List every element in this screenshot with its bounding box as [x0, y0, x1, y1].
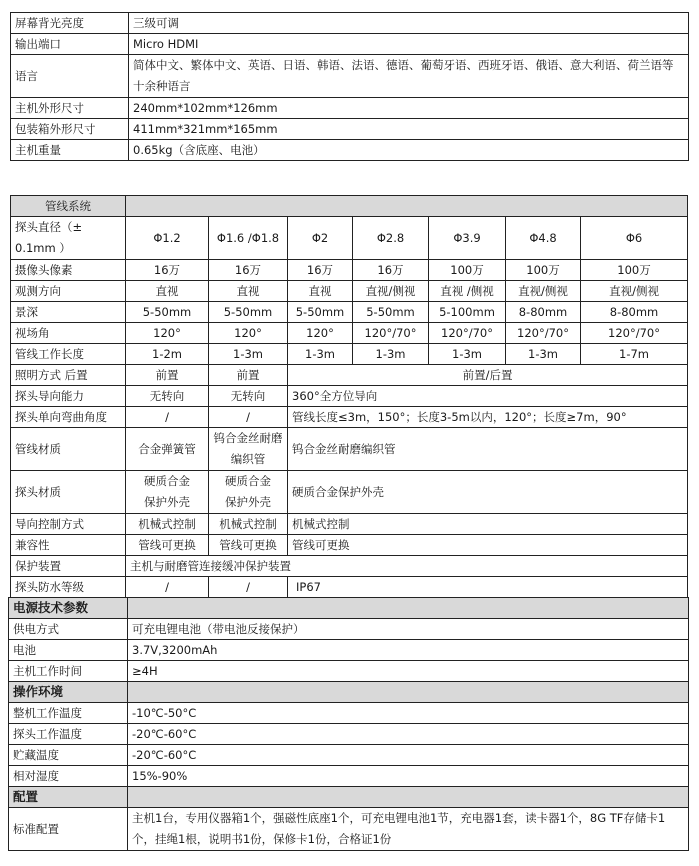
section-header-fill — [128, 682, 689, 703]
diameter-label: 探头直径（± 0.1mm ） — [11, 217, 126, 260]
cell: 管线可更换 — [126, 535, 209, 556]
cell: 120° — [209, 323, 288, 344]
row-label: 观测方向 — [11, 281, 126, 302]
cell: 直视/侧视 — [353, 281, 429, 302]
table-row: 标准配置 主机1台，专用仪器箱1个，强磁性底座1个，可充电锂电池1节，充电器1套… — [9, 808, 689, 851]
cell: / — [126, 407, 209, 428]
section-header-fill — [126, 196, 688, 217]
row-label: 探头防水等级 — [11, 577, 126, 598]
spec-value: 411mm*321mm*165mm — [129, 119, 689, 140]
cell: 16万 — [126, 260, 209, 281]
table-row: 照明方式 后置 前置 前置 前置/后置 — [11, 365, 688, 386]
diameter-value: Φ1.2 — [126, 217, 209, 260]
cell: 硬质合金保护外壳 — [288, 471, 688, 514]
table-row: 贮藏温度 -20℃-60°C — [9, 745, 689, 766]
cell: 直视/侧视 — [506, 281, 581, 302]
diameter-value: Φ2 — [288, 217, 353, 260]
table-row: 景深 5-50mm 5-50mm 5-50mm 5-50mm 5-100mm 8… — [11, 302, 688, 323]
spec-label: 屏幕背光亮度 — [11, 13, 129, 34]
table-row: 观测方向 直视 直视 直视 直视/侧视 直视 /侧视 直视/侧视 直视/侧视 — [11, 281, 688, 302]
row-value: -20℃-60°C — [128, 745, 689, 766]
cell: 前置/后置 — [288, 365, 688, 386]
cell: 120°/70° — [429, 323, 506, 344]
diameter-value: Φ3.9 — [429, 217, 506, 260]
table-row: 探头工作温度 -20℃-60°C — [9, 724, 689, 745]
cell: 合金弹簧管 — [126, 428, 209, 471]
spec-row: 包装箱外形尺寸 411mm*321mm*165mm — [11, 119, 689, 140]
cell: 1-7m — [581, 344, 688, 365]
cell: 机械式控制 — [209, 514, 288, 535]
cell: IP67 — [288, 577, 688, 598]
section-title-power: 电源技术参数 — [9, 598, 128, 619]
table-row: 管线工作长度 1-2m 1-3m 1-3m 1-3m 1-3m 1-3m 1-7… — [11, 344, 688, 365]
row-label: 兼容性 — [11, 535, 126, 556]
table-row: 摄像头像素 16万 16万 16万 16万 100万 100万 100万 — [11, 260, 688, 281]
cell: 直视 — [288, 281, 353, 302]
row-label: 探头导向能力 — [11, 386, 126, 407]
diameter-value: Φ1.6 /Φ1.8 — [209, 217, 288, 260]
spec-value: 简体中文、繁体中文、英语、日语、韩语、法语、德语、葡萄牙语、西班牙语、俄语、意大… — [129, 55, 689, 98]
spec-value: 三级可调 — [129, 13, 689, 34]
table-row: 导向控制方式 机械式控制 机械式控制 机械式控制 — [11, 514, 688, 535]
row-label: 整机工作温度 — [9, 703, 128, 724]
row-label: 贮藏温度 — [9, 745, 128, 766]
spec-row: 屏幕背光亮度 三级可调 — [11, 13, 689, 34]
section-header-row: 操作环境 — [9, 682, 689, 703]
row-label: 探头材质 — [11, 471, 126, 514]
row-label: 摄像头像素 — [11, 260, 126, 281]
table-row: 主机工作时间 ≥4H — [9, 661, 689, 682]
spec-row: 输出端口 Micro HDMI — [11, 34, 689, 55]
row-label: 探头单向弯曲角度 — [11, 407, 126, 428]
cell: 钨合金丝耐磨编织管 — [288, 428, 688, 471]
cell: 1-3m — [506, 344, 581, 365]
row-label: 电池 — [9, 640, 128, 661]
section-header-row: 管线系统 — [11, 196, 688, 217]
cell: 直视 — [126, 281, 209, 302]
table-row: 探头防水等级 / / IP67 — [11, 577, 688, 598]
row-label: 景深 — [11, 302, 126, 323]
cell: 100万 — [581, 260, 688, 281]
cell: 16万 — [209, 260, 288, 281]
cell: 16万 — [353, 260, 429, 281]
row-value: 15%-90% — [128, 766, 689, 787]
cell: 5-50mm — [353, 302, 429, 323]
cell: 5-50mm — [288, 302, 353, 323]
row-value: 可充电锂电池（带电池反接保护） — [128, 619, 689, 640]
general-specs-table: 屏幕背光亮度 三级可调 输出端口 Micro HDMI 语言 简体中文、繁体中文… — [10, 12, 689, 161]
cell: 100万 — [429, 260, 506, 281]
cell: / — [126, 577, 209, 598]
cell: 直视/侧视 — [581, 281, 688, 302]
spec-label: 主机外形尺寸 — [11, 98, 129, 119]
spec-label: 输出端口 — [11, 34, 129, 55]
cell: 主机与耐磨管连接缓冲保护装置 — [126, 556, 688, 577]
cell: 120°/70° — [581, 323, 688, 344]
section-header-row: 电源技术参数 — [9, 598, 689, 619]
section-title-pipeline: 管线系统 — [11, 196, 126, 217]
table-row: 整机工作温度 -10℃-50°C — [9, 703, 689, 724]
spec-value: Micro HDMI — [129, 34, 689, 55]
pipeline-specs-table: 管线系统 探头直径（± 0.1mm ） Φ1.2 Φ1.6 /Φ1.8 Φ2 Φ… — [10, 195, 688, 598]
table-row: 供电方式 可充电锂电池（带电池反接保护） — [9, 619, 689, 640]
cell: 机械式控制 — [288, 514, 688, 535]
section-header-fill — [128, 787, 689, 808]
table-row: 电池 3.7V,3200mAh — [9, 640, 689, 661]
row-label: 管线材质 — [11, 428, 126, 471]
spec-row: 语言 简体中文、繁体中文、英语、日语、韩语、法语、德语、葡萄牙语、西班牙语、俄语… — [11, 55, 689, 98]
table-row: 相对湿度 15%-90% — [9, 766, 689, 787]
spec-value: 0.65kg（含底座、电池） — [129, 140, 689, 161]
row-value: 3.7V,3200mAh — [128, 640, 689, 661]
cell: 前置 — [209, 365, 288, 386]
cell: 5-50mm — [209, 302, 288, 323]
table-row: 探头导向能力 无转向 无转向 360°全方位导向 — [11, 386, 688, 407]
table-row: 视场角 120° 120° 120° 120°/70° 120°/70° 120… — [11, 323, 688, 344]
cell: 120° — [126, 323, 209, 344]
table-row: 兼容性 管线可更换 管线可更换 管线可更换 — [11, 535, 688, 556]
cell: 前置 — [126, 365, 209, 386]
cell: 1-2m — [126, 344, 209, 365]
cell: 无转向 — [209, 386, 288, 407]
section-title-config: 配置 — [9, 787, 128, 808]
cell: 8-80mm — [581, 302, 688, 323]
spec-row: 主机外形尺寸 240mm*102mm*126mm — [11, 98, 689, 119]
row-value: -10℃-50°C — [128, 703, 689, 724]
table-row: 探头材质 硬质合金保护外壳 硬质合金保护外壳 硬质合金保护外壳 — [11, 471, 688, 514]
cell: 16万 — [288, 260, 353, 281]
row-label: 视场角 — [11, 323, 126, 344]
table-row: 探头单向弯曲角度 / / 管线长度≤3m，150°；长度3-5m以内，120°；… — [11, 407, 688, 428]
spec-label: 主机重量 — [11, 140, 129, 161]
row-label: 标准配置 — [9, 808, 128, 851]
cell: 360°全方位导向 — [288, 386, 688, 407]
cell: 管线可更换 — [288, 535, 688, 556]
table-row: 保护装置 主机与耐磨管连接缓冲保护装置 — [11, 556, 688, 577]
cell: 硬质合金保护外壳 — [126, 471, 209, 514]
row-label: 主机工作时间 — [9, 661, 128, 682]
spec-row: 主机重量 0.65kg（含底座、电池） — [11, 140, 689, 161]
row-label: 探头工作温度 — [9, 724, 128, 745]
diameter-row: 探头直径（± 0.1mm ） Φ1.2 Φ1.6 /Φ1.8 Φ2 Φ2.8 Φ… — [11, 217, 688, 260]
spec-label: 语言 — [11, 55, 129, 98]
row-label: 导向控制方式 — [11, 514, 126, 535]
section-header-row: 配置 — [9, 787, 689, 808]
table-row: 管线材质 合金弹簧管 钨合金丝耐磨编织管 钨合金丝耐磨编织管 — [11, 428, 688, 471]
cell: 钨合金丝耐磨编织管 — [209, 428, 288, 471]
cell: 5-50mm — [126, 302, 209, 323]
spec-label: 包装箱外形尺寸 — [11, 119, 129, 140]
row-value: -20℃-60°C — [128, 724, 689, 745]
section-header-fill — [128, 598, 689, 619]
cell: 管线可更换 — [209, 535, 288, 556]
cell: 120° — [288, 323, 353, 344]
cell: 120°/70° — [506, 323, 581, 344]
diameter-value: Φ2.8 — [353, 217, 429, 260]
section-title-environment: 操作环境 — [9, 682, 128, 703]
row-label: 管线工作长度 — [11, 344, 126, 365]
cell: 管线长度≤3m，150°；长度3-5m以内，120°；长度≥7m，90° — [288, 407, 688, 428]
cell: 100万 — [506, 260, 581, 281]
cell: 5-100mm — [429, 302, 506, 323]
cell: 1-3m — [209, 344, 288, 365]
diameter-value: Φ6 — [581, 217, 688, 260]
cell: 机械式控制 — [126, 514, 209, 535]
cell: / — [209, 577, 288, 598]
cell: 1-3m — [429, 344, 506, 365]
cell: 8-80mm — [506, 302, 581, 323]
row-label: 保护装置 — [11, 556, 126, 577]
row-label: 供电方式 — [9, 619, 128, 640]
cell: 直视 — [209, 281, 288, 302]
cell: 硬质合金保护外壳 — [209, 471, 288, 514]
row-label: 相对湿度 — [9, 766, 128, 787]
power-env-config-table: 电源技术参数 供电方式 可充电锂电池（带电池反接保护） 电池 3.7V,3200… — [8, 597, 689, 851]
cell: / — [209, 407, 288, 428]
cell: 无转向 — [126, 386, 209, 407]
cell: 1-3m — [288, 344, 353, 365]
row-label: 照明方式 后置 — [11, 365, 126, 386]
row-value: ≥4H — [128, 661, 689, 682]
row-value: 主机1台，专用仪器箱1个，强磁性底座1个，可充电锂电池1节，充电器1套，读卡器1… — [128, 808, 689, 851]
cell: 120°/70° — [353, 323, 429, 344]
spec-value: 240mm*102mm*126mm — [129, 98, 689, 119]
diameter-value: Φ4.8 — [506, 217, 581, 260]
cell: 直视 /侧视 — [429, 281, 506, 302]
cell: 1-3m — [353, 344, 429, 365]
